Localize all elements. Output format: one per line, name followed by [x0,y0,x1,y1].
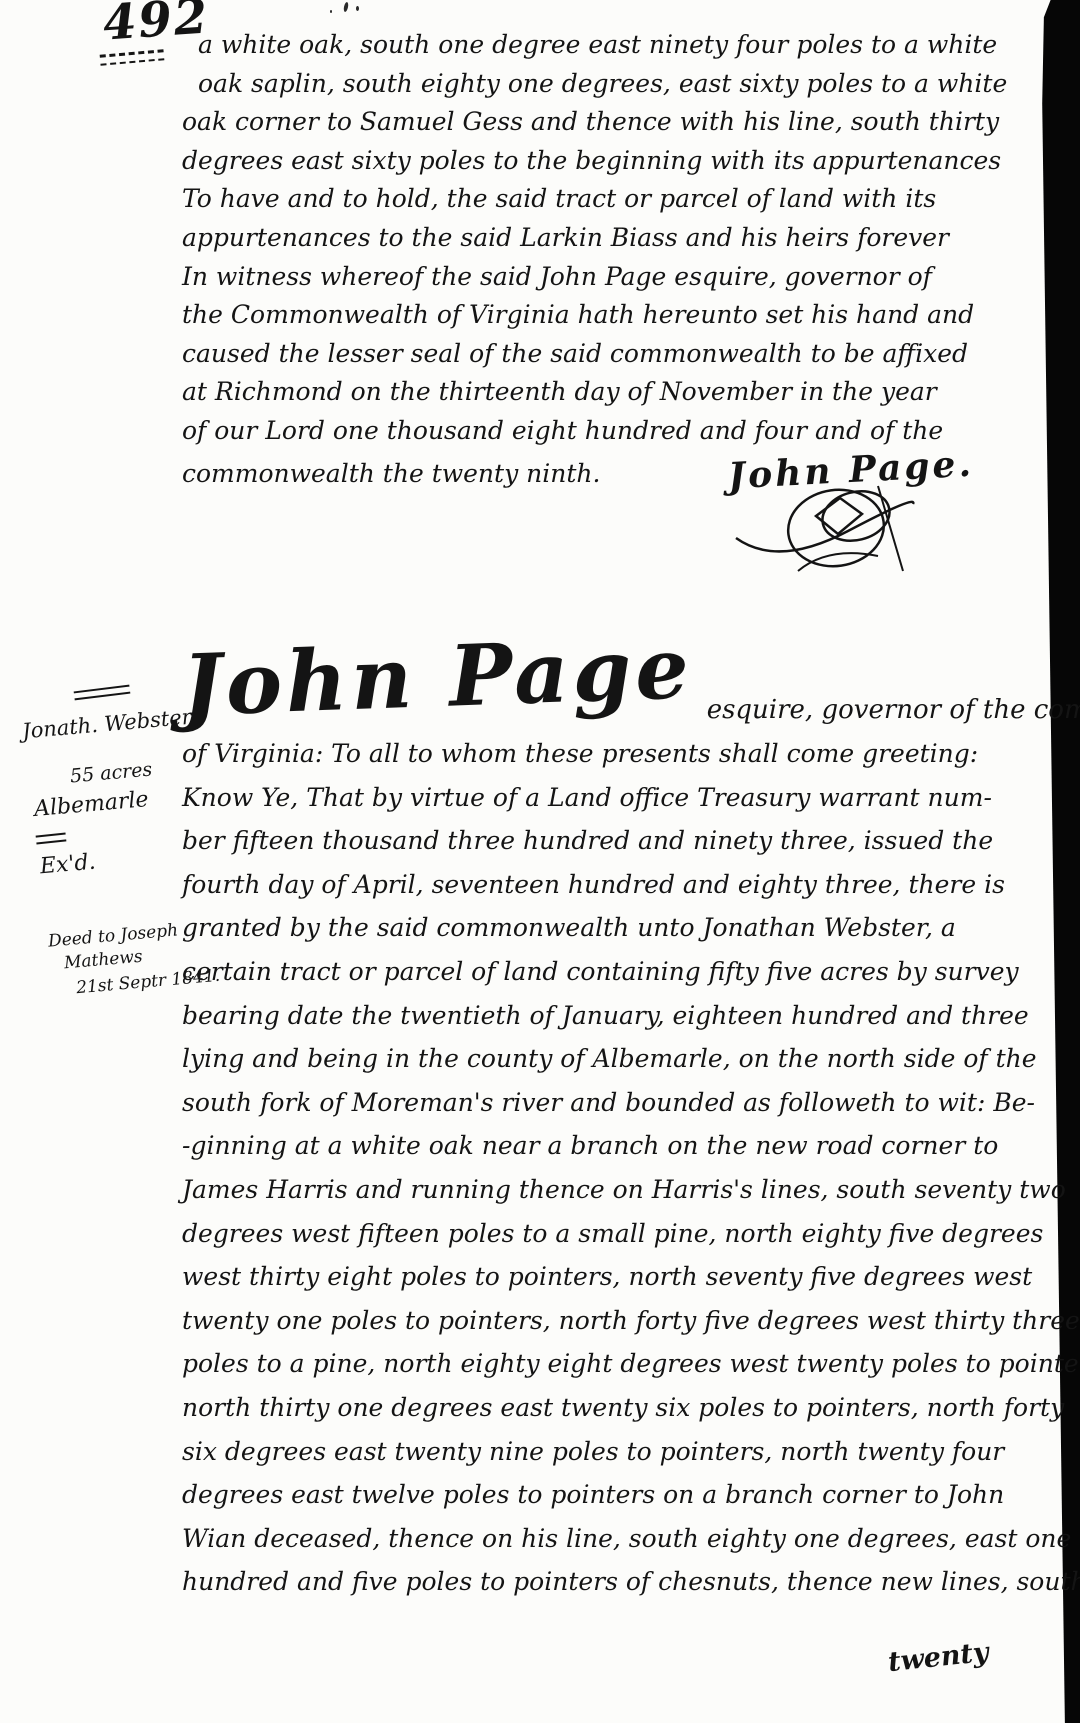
text-line: degrees west fifteen poles to a small pi… [182,1212,1004,1256]
text-line: appurtenances to the said Larkin Biass a… [182,219,1004,258]
ink-smudge [343,2,349,13]
text-line: To have and to hold, the said tract or p… [182,180,1004,219]
page-number-underline [100,49,165,66]
text-line: the Commonwealth of Virginia hath hereun… [182,296,1004,335]
text-line: at Richmond on the thirteenth day of Nov… [182,373,1004,412]
text-line: fourth day of April, seventeen hundred a… [182,863,1004,907]
deed-book-page: 492 a white oak, south one degree east n… [0,0,1080,1723]
deed-conclusion-paragraph: a white oak, south one degree east ninet… [182,26,1004,493]
seal-flourish [728,476,918,576]
text-line: north thirty one degrees east twenty six… [182,1386,1004,1430]
text-line: south fork of Moreman's river and bounde… [182,1081,1004,1125]
ink-smudge [330,10,332,13]
catchword: twenty [887,1637,990,1678]
text-line: Wian deceased, thence on his line, south… [182,1517,1004,1561]
text-line: six degrees east twenty nine poles to po… [182,1430,1004,1474]
text-line: lying and being in the county of Albemar… [182,1037,1004,1081]
text-line: a white oak, south one degree east ninet… [182,26,1004,65]
text-line: ber fifteen thousand three hundred and n… [182,819,1004,863]
text-line: of our Lord one thousand eight hundred a… [182,412,1004,451]
text-line: bearing date the twentieth of January, e… [182,994,1004,1038]
text-line: Know Ye, That by virtue of a Land office… [182,776,1004,820]
text-line: poles to a pine, north eighty eight degr… [182,1342,1004,1386]
margin-note-deed-reference: Deed to Joseph [47,920,178,951]
ink-smudge [356,6,359,11]
text-line: west thirty eight poles to pointers, nor… [182,1255,1004,1299]
text-line: twenty one poles to pointers, north fort… [182,1299,1004,1343]
grant-heading-continuation: esquire, governor of the commonwealth [707,688,1080,732]
margin-tick-mark [74,685,131,701]
margin-note-acreage: 55 acres [69,758,153,787]
text-line: caused the lesser seal of the said commo… [182,335,1004,374]
book-gutter-shadow [1038,0,1080,1723]
margin-note-grantee: Jonath. Webster [21,705,192,744]
text-line: granted by the said commonwealth unto Jo… [182,906,1004,950]
margin-note-deed-reference: Mathews [63,947,143,974]
land-grant-paragraph: John Page esquire, governor of the commo… [182,600,1004,1604]
text-line: of Virginia: To all to whom these presen… [182,732,1004,776]
grant-heading: John Page esquire, governor of the commo… [182,600,1004,732]
text-line: James Harris and running thence on Harri… [182,1168,1004,1212]
text-line: degrees east twelve poles to pointers on… [182,1473,1004,1517]
text-line: degrees east sixty poles to the beginnin… [182,142,1004,181]
text-line: oak corner to Samuel Gess and thence wit… [182,103,1004,142]
text-line: commonwealth the twenty ninth. [182,455,600,494]
text-line: -ginning at a white oak near a branch on… [182,1124,1004,1168]
margin-note-county: Albemarle [33,787,149,822]
grant-heading-name: John Page [180,613,694,741]
margin-note-examined: Ex'd. [39,850,97,880]
text-line: certain tract or parcel of land containi… [182,950,1004,994]
text-line: In witness whereof the said John Page es… [182,258,1004,297]
text-line: hundred and five poles to pointers of ch… [182,1560,1004,1604]
text-line: oak saplin, south eighty one degrees, ea… [182,65,1004,104]
margin-tick-mark [36,832,67,844]
